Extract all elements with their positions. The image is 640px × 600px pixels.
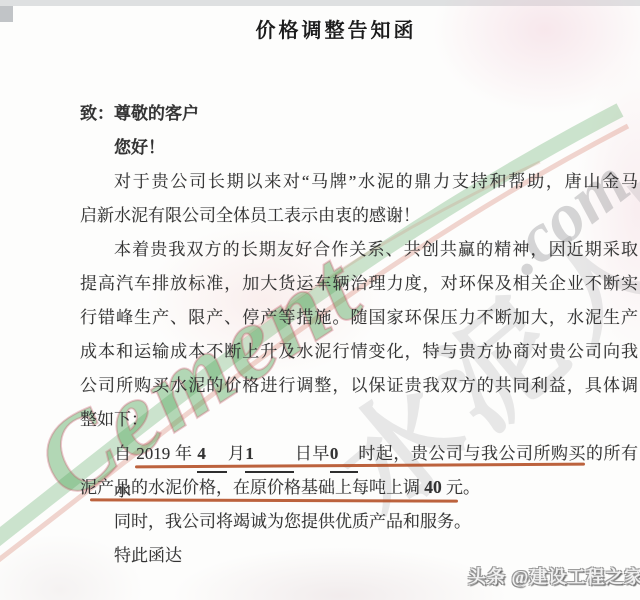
scanned-letter-page: 水泥人网 .com Cement 价格调整告知函 致：尊敬的客户 您好！ 对于贵… bbox=[0, 0, 640, 600]
body-line-thanks-1: 对于贵公司长期以来对“马牌”水泥的鼎力支持和帮助，唐山金马 bbox=[114, 164, 638, 199]
body-line-thanks-2: 启新水泥有限公司全体员工表示由衷的感谢！ bbox=[80, 198, 638, 233]
greeting-line: 您好！ bbox=[114, 130, 638, 165]
service-promise-line: 同时，我公司将竭诚为您提供优质产品和服务。 bbox=[114, 504, 638, 539]
body-line-reason-3: 行错峰生产、限产、停产等措施。随国家环保压力不断加大，水泥生产 bbox=[80, 300, 638, 335]
price-increase-amount: 40 bbox=[424, 477, 442, 497]
month-unit: 月 bbox=[227, 444, 245, 463]
platform-credit-watermark: 头条 @建设工程之家 bbox=[468, 563, 640, 589]
letter-title: 价格调整告知函 bbox=[0, 14, 640, 43]
price-prefix: 泥产品的水泥价格，在原价格基础上每吨上调 bbox=[80, 478, 420, 497]
scan-edge-strip bbox=[0, 0, 640, 6]
price-suffix: 元。 bbox=[446, 478, 480, 497]
hour-blank-value: 0 bbox=[330, 436, 358, 473]
body-line-reason-5: 公司所购买水泥的价格进行调整，以保证贵我双方的共同利益，具体调 bbox=[80, 368, 638, 403]
body-line-reason-6: 整如下： bbox=[80, 402, 638, 437]
day-unit: 日早 bbox=[294, 444, 330, 463]
body-line-reason-1: 本着贵我双方的长期友好合作关系、共创共赢的精神，因近期采取 bbox=[114, 232, 638, 267]
body-line-reason-2: 提高汽车排放标准，加大货运车辆治理力度，对环保及相关企业不断实 bbox=[80, 266, 638, 301]
body-line-reason-4: 成本和运输成本不断上升及水泥行情变化，特与贵方协商对贵公司向我 bbox=[80, 334, 638, 369]
date-prefix: 自 2019 年 bbox=[114, 444, 193, 463]
salutation-line: 致：尊敬的客户 bbox=[80, 96, 638, 131]
